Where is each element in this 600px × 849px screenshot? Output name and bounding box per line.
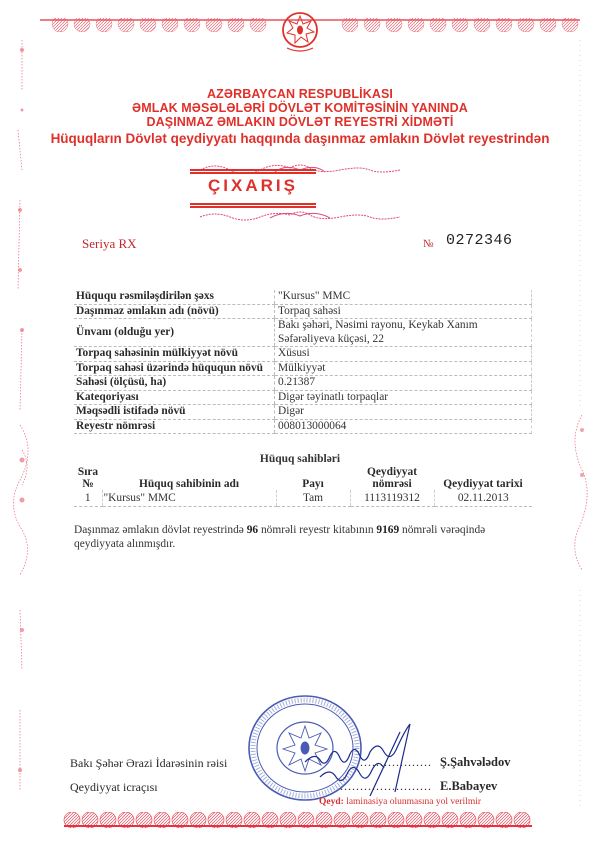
owner-row: 1"Kursus" MMCTam111311931202.11.2013	[74, 490, 532, 507]
number-sign: №	[423, 238, 434, 250]
info-label: Reyestr nömrəsi	[74, 419, 275, 434]
info-row: Məqsədli istifadə növüDigər	[74, 405, 532, 420]
property-info-table: Hüququ rəsmiləşdirilən şəxs"Kursus" MMCD…	[74, 290, 532, 434]
info-row: Ünvanı (olduğu yer)Bakı şəhəri, Nəsimi r…	[74, 319, 532, 347]
info-label: Ünvanı (olduğu yer)	[74, 319, 275, 347]
decorative-border-bottom	[62, 812, 537, 828]
owner-reg-no: 1113119312	[350, 490, 434, 507]
info-value: "Kursus" MMC	[275, 290, 532, 304]
col-reg-date: Qeydiyyat tarixi	[434, 466, 532, 490]
header-republic: AZƏRBAYCAN RESPUBLİKASI	[0, 87, 600, 101]
info-row: Daşınmaz əmlakın adı (növü)Torpaq sahəsi	[74, 304, 532, 319]
lamination-warning: Qeyd: laminasiya olunmasına yol verilmir	[319, 797, 481, 807]
header-service: DAŞINMAZ ƏMLAKIN DÖVLƏT REYESTRİ XİDMƏTİ	[0, 115, 600, 129]
info-label: Məqsədli istifadə növü	[74, 405, 275, 420]
info-label: Daşınmaz əmlakın adı (növü)	[74, 304, 275, 319]
col-share: Payı	[276, 466, 350, 490]
decorative-border-right	[568, 30, 594, 820]
owner-share: Tam	[276, 490, 350, 507]
document-number: 0272346	[446, 232, 513, 249]
ornament-bottom	[195, 209, 405, 221]
owner-name: "Kursus" MMC	[102, 490, 276, 507]
info-value: 008013000064	[275, 419, 532, 434]
info-label: Sahəsi (ölçüsü, ha)	[74, 376, 275, 391]
signer-name-head: Ş.Şahvələdov	[440, 755, 511, 770]
info-value: 0.21387	[275, 376, 532, 391]
state-emblem-icon	[277, 8, 323, 56]
info-label: Torpaq sahəsinin mülkiyyət növü	[74, 347, 275, 362]
page-number: 9169	[376, 524, 399, 536]
owners-header-row: Sıra№ Hüquq sahibinin adı Payı Qeydiyyat…	[74, 466, 532, 490]
col-no: Sıra№	[74, 466, 102, 490]
info-value: Mülkiyyət	[275, 361, 532, 376]
info-value: Digər	[275, 405, 532, 420]
signature-line-dots: ........................................…	[360, 755, 432, 770]
series-label: Seriya RX	[82, 236, 137, 252]
registration-note: Daşınmaz əmlakın dövlət reyestrində 96 n…	[74, 523, 534, 551]
owners-title: Hüquq sahibləri	[0, 453, 600, 465]
info-value: Bakı şəhəri, Nəsimi rayonu, Keykab Xanım…	[275, 319, 532, 347]
document-subtitle: Hüquqların Dövlət qeydiyyatı haqqında da…	[0, 131, 600, 146]
owner-reg-date: 02.11.2013	[434, 490, 532, 507]
info-label: Hüququ rəsmiləşdirilən şəxs	[74, 290, 275, 304]
decorative-border-left	[8, 30, 34, 820]
header-committee: ƏMLAK MƏSƏLƏLƏRİ DÖVLƏT KOMİTƏSİNİN YANI…	[0, 101, 600, 115]
info-value: Digər təyinatlı torpaqlar	[275, 390, 532, 405]
owners-table: Sıra№ Hüquq sahibinin adı Payı Qeydiyyat…	[74, 466, 532, 507]
col-reg-no: Qeydiyyatnömrəsi	[350, 466, 434, 490]
col-name: Hüquq sahibinin adı	[102, 466, 276, 490]
owner-no: 1	[74, 490, 102, 507]
signer-name-registrar: E.Babayev	[440, 779, 497, 794]
info-row: Torpaq sahəsi üzərində hüququn növüMülki…	[74, 361, 532, 376]
info-value: Xüsusi	[275, 347, 532, 362]
signer-role-registrar: Qeydiyyat icraçısı	[70, 780, 158, 795]
info-row: Torpaq sahəsinin mülkiyyət növüXüsusi	[74, 347, 532, 362]
info-label: Kateqoriyası	[74, 390, 275, 405]
book-number: 96	[247, 524, 258, 536]
info-row: Hüququ rəsmiləşdirilən şəxs"Kursus" MMC	[74, 290, 532, 304]
signer-role-head: Bakı Şəhər Ərazi İdarəsinin rəisi	[70, 756, 227, 771]
info-row: KateqoriyasıDigər təyinatlı torpaqlar	[74, 390, 532, 405]
signature-line-dots: ........................................…	[340, 779, 432, 794]
document-title: ÇIXARIŞ	[190, 176, 316, 196]
info-row: Reyestr nömrəsi008013000064	[74, 419, 532, 434]
info-row: Sahəsi (ölçüsü, ha)0.21387	[74, 376, 532, 391]
info-value: Torpaq sahəsi	[275, 304, 532, 319]
info-label: Torpaq sahəsi üzərində hüququn növü	[74, 361, 275, 376]
